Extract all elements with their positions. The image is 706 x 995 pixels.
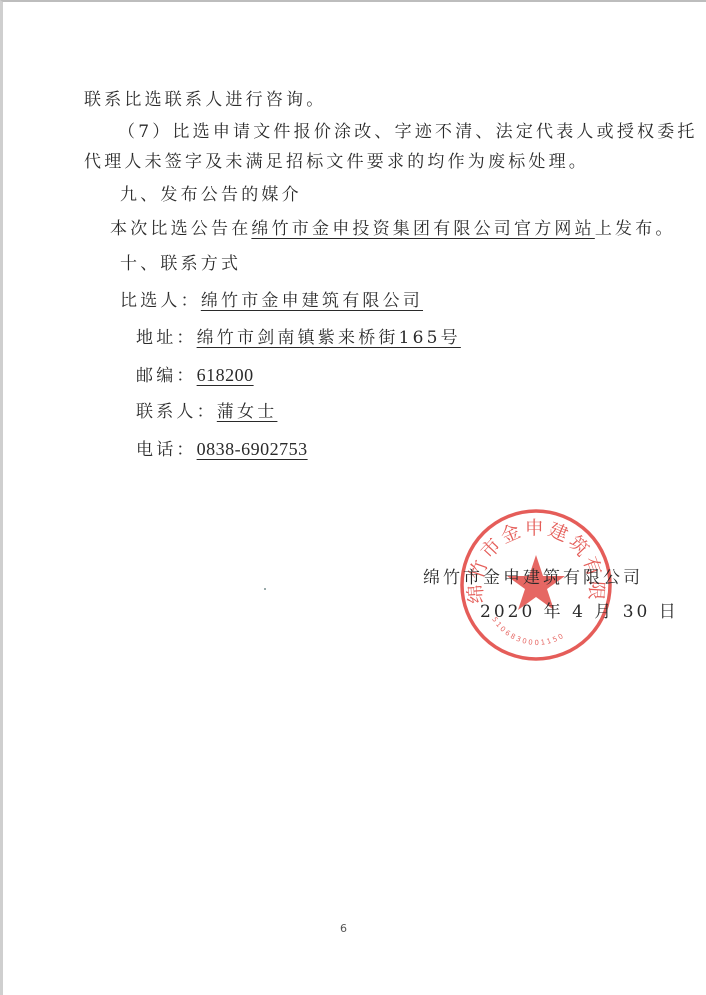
contact-value-postcode: 618200 xyxy=(197,365,254,385)
contact-label: 地址： xyxy=(136,328,197,348)
contact-row-person: 联系人：蒲女士 xyxy=(136,401,277,423)
page-number: 6 xyxy=(340,922,347,935)
official-website-link[interactable]: 绵竹市金申投资集团有限公司官方网站 xyxy=(251,219,594,239)
contact-row-address: 地址：绵竹市剑南镇紫来桥街165号 xyxy=(136,327,461,349)
contact-row-phone: 电话：0838-6902753 xyxy=(136,438,308,461)
contact-label: 联系人： xyxy=(136,402,217,422)
section9-text-suffix: 上发布。 xyxy=(595,219,676,239)
contact-row-postcode: 邮编：618200 xyxy=(136,364,254,387)
paragraph-continuation: 联系比选联系人进行咨询。 xyxy=(84,89,326,111)
signature-company: 绵竹市金申建筑有限公司 xyxy=(423,563,643,588)
section9-text: 本次比选公告在绵竹市金申投资集团有限公司官方网站上发布。 xyxy=(110,218,676,240)
page-border xyxy=(0,0,706,995)
contact-value-bidder: 绵竹市金申建筑有限公司 xyxy=(201,291,423,311)
contact-label: 电话： xyxy=(136,440,197,460)
contact-value-phone: 0838-6902753 xyxy=(197,439,308,459)
scan-speck xyxy=(264,588,266,590)
contact-label: 比选人： xyxy=(120,291,201,311)
section10-heading: 十、联系方式 xyxy=(120,253,241,275)
section9-text-prefix: 本次比选公告在 xyxy=(110,219,251,239)
contact-value-person: 蒲女士 xyxy=(217,402,278,422)
contact-value-address: 绵竹市剑南镇紫来桥街165号 xyxy=(197,328,461,348)
paragraph-item7-line1: （7）比选申请文件报价涂改、字迹不清、法定代表人或授权委托 xyxy=(118,121,698,143)
contact-label: 邮编： xyxy=(136,366,197,386)
paragraph-item7-line2: 代理人未签字及未满足招标文件要求的均作为废标处理。 xyxy=(84,151,589,173)
contact-row-bidder: 比选人：绵竹市金申建筑有限公司 xyxy=(120,290,423,312)
signature-date: 2020 年 4 月 30 日 xyxy=(480,597,679,622)
section9-heading: 九、发布公告的媒介 xyxy=(120,184,302,206)
